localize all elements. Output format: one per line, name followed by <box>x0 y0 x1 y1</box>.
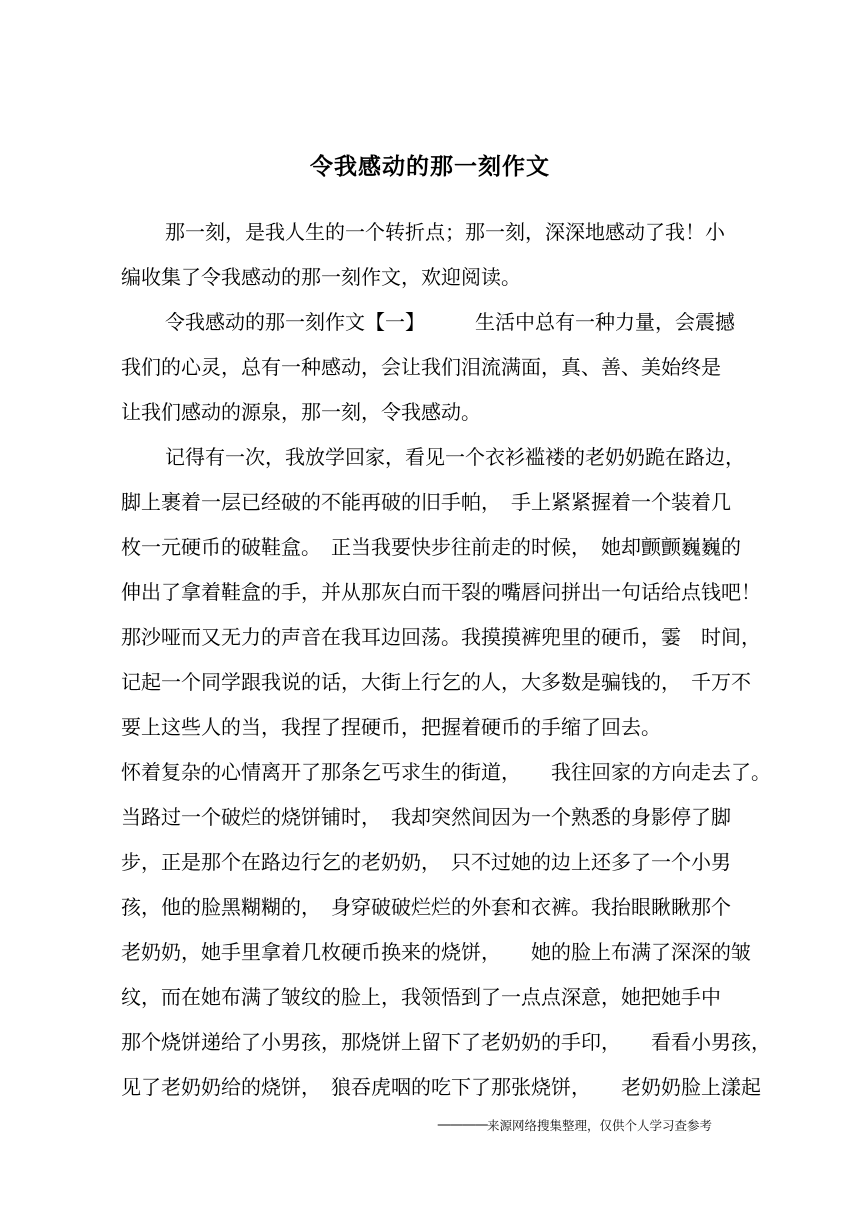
text-line: 那沙哑而又无力的声音在我耳边回荡。我摸摸裤兜里的硬币，霎 时间， <box>121 615 781 660</box>
text-line: 记得有一次，我放学回家，看见一个衣衫褴褛的老奶奶跪在路边， <box>121 435 781 480</box>
paragraph: 那一刻，是我人生的一个转折点；那一刻，深深地感动了我！小编收集了令我感动的那一刻… <box>121 210 781 300</box>
text-line: 要上这些人的当，我捏了捏硬币，把握着硬币的手缩了回去。 <box>121 705 781 750</box>
text-line: 那个烧饼递给了小男孩，那烧饼上留下了老奶奶的手印， 看看小男孩， <box>121 1020 781 1065</box>
footer-rule: ———— <box>437 1117 487 1133</box>
text-line: 记起一个同学跟我说的话，大街上行乞的人，大多数是骗钱的， 千万不 <box>121 660 781 705</box>
paragraph: 怀着复杂的心情离开了那条乞丐求生的街道， 我往回家的方向走去了。当路过一个破烂的… <box>121 750 781 1110</box>
document-title: 令我感动的那一刻作文 <box>0 148 860 181</box>
text-line: 怀着复杂的心情离开了那条乞丐求生的街道， 我往回家的方向走去了。 <box>121 750 781 795</box>
document-body: 那一刻，是我人生的一个转折点；那一刻，深深地感动了我！小编收集了令我感动的那一刻… <box>121 210 781 1110</box>
text-line: 编收集了令我感动的那一刻作文，欢迎阅读。 <box>121 255 781 300</box>
text-line: 让我们感动的源泉，那一刻，令我感动。 <box>121 390 781 435</box>
text-line: 老奶奶，她手里拿着几枚硬币换来的烧饼， 她的脸上布满了深深的皱 <box>121 930 781 975</box>
text-line: 纹，而在她布满了皱纹的脸上，我领悟到了一点点深意，她把她手中 <box>121 975 781 1020</box>
paragraph: 令我感动的那一刻作文【一】 生活中总有一种力量，会震撼我们的心灵，总有一种感动，… <box>121 300 781 435</box>
footer-note: ————来源网络搜集整理，仅供个人学习查参考 <box>120 1110 712 1140</box>
document-page: 令我感动的那一刻作文 那一刻，是我人生的一个转折点；那一刻，深深地感动了我！小编… <box>0 0 860 1218</box>
text-line: 令我感动的那一刻作文【一】 生活中总有一种力量，会震撼 <box>121 300 781 345</box>
text-line: 步，正是那个在路边行乞的老奶奶， 只不过她的边上还多了一个小男 <box>121 840 781 885</box>
text-line: 我们的心灵，总有一种感动，会让我们泪流满面，真、善、美始终是 <box>121 345 781 390</box>
footer-source-text: 来源网络搜集整理，仅供个人学习查参考 <box>487 1118 712 1133</box>
text-line: 脚上裹着一层已经破的不能再破的旧手帕， 手上紧紧握着一个装着几 <box>121 480 781 525</box>
text-line: 当路过一个破烂的烧饼铺时， 我却突然间因为一个熟悉的身影停了脚 <box>121 795 781 840</box>
text-line: 那一刻，是我人生的一个转折点；那一刻，深深地感动了我！小 <box>121 210 781 255</box>
text-line: 孩，他的脸黑糊糊的， 身穿破破烂烂的外套和衣裤。我抬眼瞅瞅那个 <box>121 885 781 930</box>
paragraph: 记得有一次，我放学回家，看见一个衣衫褴褛的老奶奶跪在路边，脚上裹着一层已经破的不… <box>121 435 781 750</box>
text-line: 伸出了拿着鞋盒的手，并从那灰白而干裂的嘴唇问拼出一句话给点钱吧！ <box>121 570 781 615</box>
text-line: 见了老奶奶给的烧饼， 狼吞虎咽的吃下了那张烧饼， 老奶奶脸上漾起 <box>121 1065 781 1110</box>
text-line: 枚一元硬币的破鞋盒。 正当我要快步往前走的时候， 她却颤颤巍巍的 <box>121 525 781 570</box>
